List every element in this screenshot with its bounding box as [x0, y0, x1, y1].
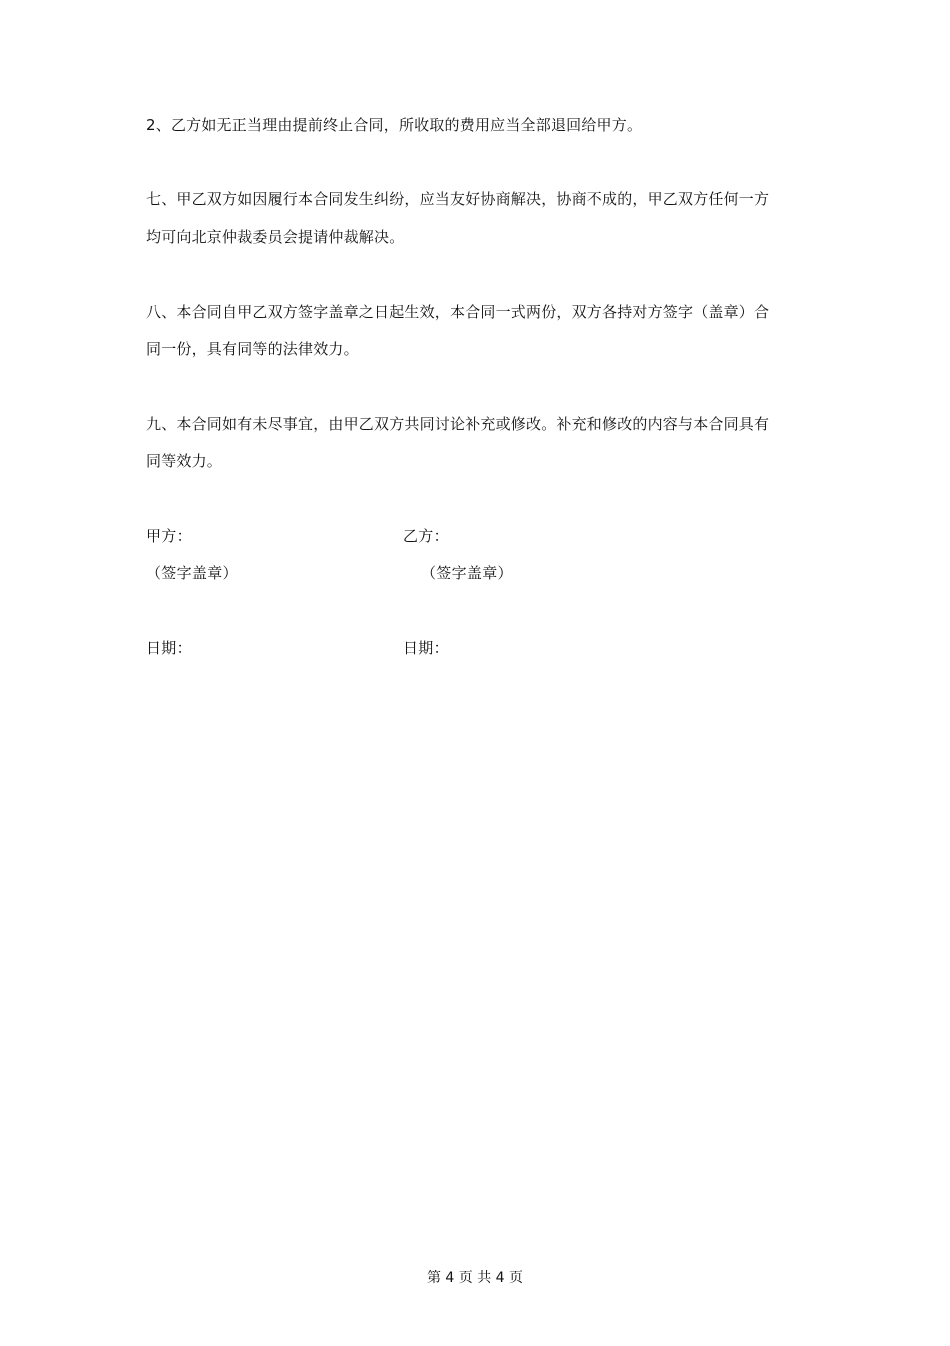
clause-9-line-2: 同等效力。: [146, 451, 222, 471]
party-b-date-label: 日期：: [403, 638, 449, 658]
clause-8-line-1: 八、本合同自甲乙双方签字盖章之日起生效，本合同一式两份，双方各持对方签字（盖章）…: [146, 302, 769, 322]
party-a-stamp-note: （签字盖章）: [146, 563, 238, 583]
clause-7-line-1: 七、甲乙双方如因履行本合同发生纠纷，应当友好协商解决，协商不成的，甲乙双方任何一…: [146, 189, 769, 209]
party-b-stamp-note: （签字盖章）: [421, 563, 513, 583]
party-a-label: 甲方：: [146, 526, 192, 546]
page-indicator: 第 4 页 共 4 页: [0, 1268, 950, 1288]
party-b-label: 乙方：: [403, 526, 449, 546]
clause-8-line-2: 同一份，具有同等的法律效力。: [146, 339, 359, 359]
document-page: 2、乙方如无正当理由提前终止合同，所收取的费用应当全部退回给甲方。 七、甲乙双方…: [0, 0, 950, 1346]
clause-7-line-2: 均可向北京仲裁委员会提请仲裁解决。: [146, 227, 404, 247]
clause-2-line-1: 2、乙方如无正当理由提前终止合同，所收取的费用应当全部退回给甲方。: [146, 115, 642, 135]
clause-9-line-1: 九、本合同如有未尽事宜，由甲乙双方共同讨论补充或修改。补充和修改的内容与本合同具…: [146, 414, 769, 434]
party-a-date-label: 日期：: [146, 638, 192, 658]
